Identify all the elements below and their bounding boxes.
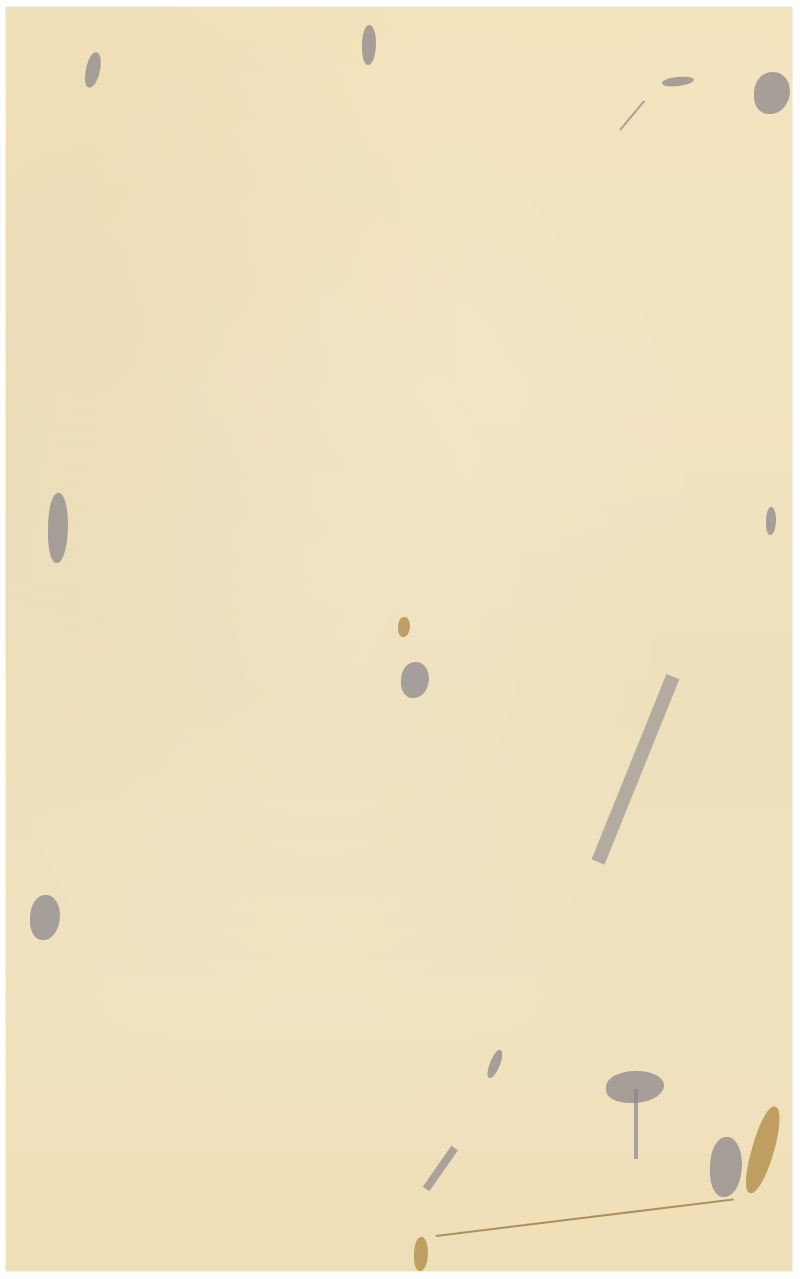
stain [754,72,790,114]
stain [398,617,410,637]
stain-streak [619,100,645,130]
paper-sheet [6,7,792,1271]
stain-streak [436,1198,734,1237]
stain [48,493,68,563]
stain [414,1237,428,1271]
stain [83,51,103,89]
stain [30,895,60,940]
stain-streak [592,674,680,865]
stain [710,1137,742,1197]
stain-streak [634,1089,638,1159]
stain-streak [423,1146,458,1192]
stain [741,1104,786,1197]
stain [485,1048,505,1080]
stain [362,25,376,65]
stain [766,507,776,535]
stain [401,662,429,698]
stain [662,76,695,88]
